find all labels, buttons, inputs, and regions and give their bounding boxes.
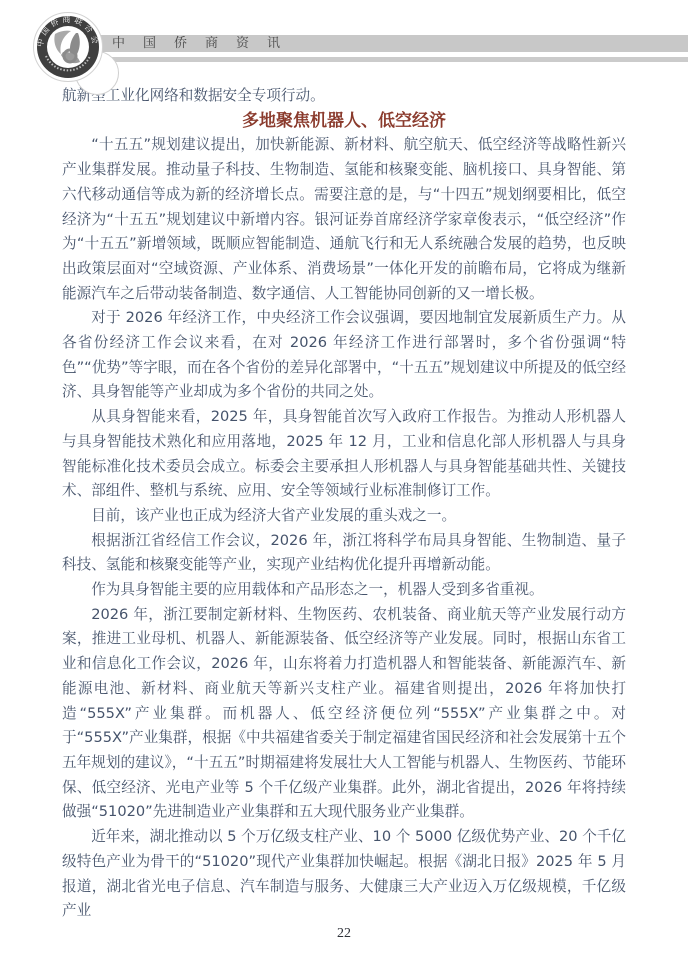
masthead-title: 中国侨商资讯: [112, 35, 298, 52]
page: { "header": { "brand": "中国侨商资讯", "seal_r…: [0, 0, 688, 971]
paragraph: 作为具身智能主要的应用载体和产品形态之一，机器人受到多省重视。: [62, 578, 626, 603]
paragraph: 近年来，湖北推动以 5 个万亿级支柱产业、10 个 5000 亿级优势产业、20…: [62, 825, 626, 924]
page-number: 22: [0, 926, 688, 942]
org-seal-logo: 中国侨商联合会: [31, 10, 105, 84]
paragraph: 从具身智能来看，2025 年，具身智能首次写入政府工作报告。为推动人形机器人与具…: [62, 405, 626, 504]
article-body: 航新型工业化网络和数据安全专项行动。 多地聚焦机器人、低空经济 “十五五”规划建…: [62, 84, 626, 924]
article-headline: 多地聚焦机器人、低空经济: [62, 109, 626, 134]
paragraph: 2026 年，浙江要制定新材料、生物医药、农机装备、商业航天等产业发展行动方案，…: [62, 603, 626, 825]
paragraph: 目前，该产业也正成为经济大省产业发展的重头戏之一。: [62, 504, 626, 529]
masthead-rule: [97, 57, 688, 62]
paragraph: 根据浙江省经信工作会议，2026 年，浙江将科学布局具身智能、生物制造、量子科技…: [62, 529, 626, 578]
paragraph: “十五五”规划建议提出，加快新能源、新材料、航空航天、低空经济等战略性新兴产业集…: [62, 133, 626, 306]
continued-text: 航新型工业化网络和数据安全专项行动。: [62, 84, 626, 109]
paragraph: 对于 2026 年经济工作，中央经济工作会议强调，要因地制宜发展新质生产力。从各…: [62, 306, 626, 405]
